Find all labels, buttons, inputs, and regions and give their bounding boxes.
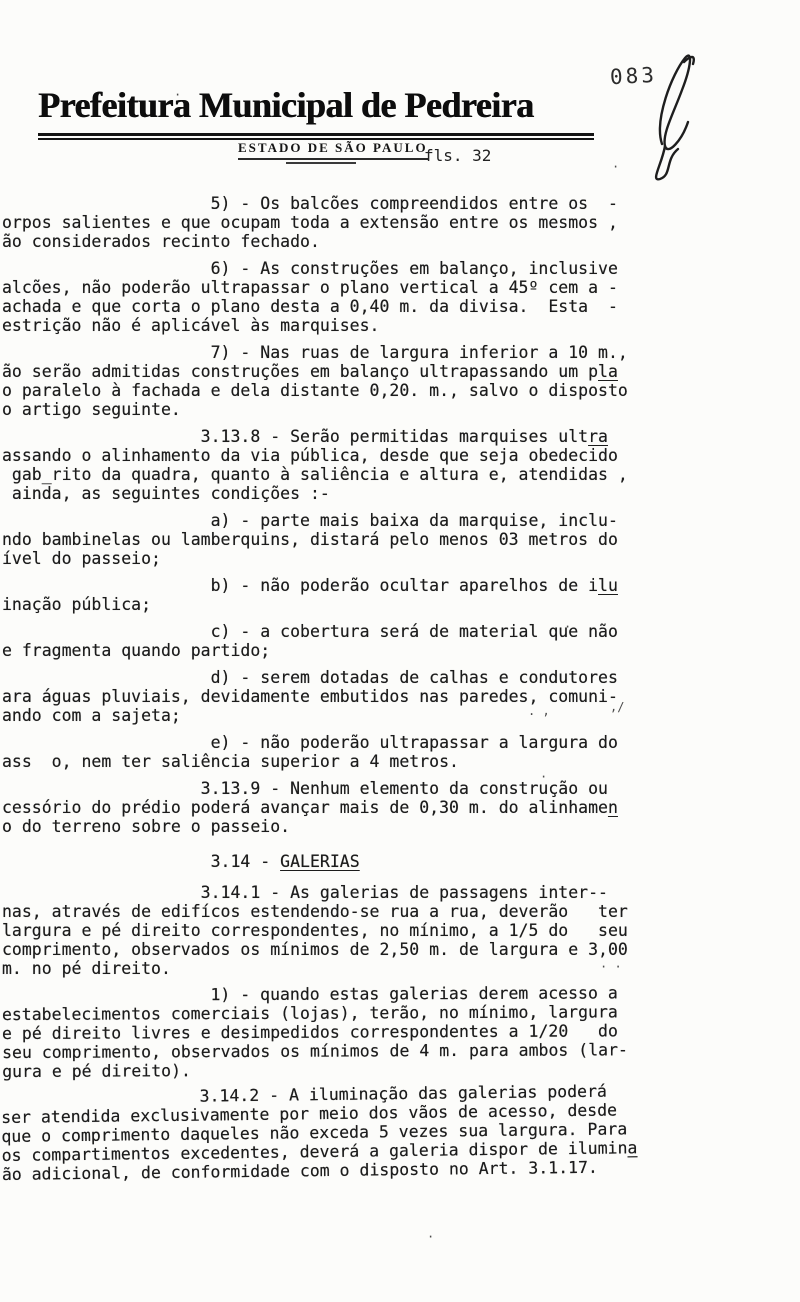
document-paragraph: b) - não poderão ocultar aparelhos de il… [2,576,722,614]
document-paragraph: 3.13.8 - Serão permitidas marquises ultr… [2,427,722,503]
text-line: 6) - As construções em balanço, inclusiv… [2,259,722,278]
text-line: ível do passeio; [2,549,722,568]
text-line: o do terreno sobre o passeio. [2,817,722,836]
text-line: ass o, nem ter saliência superior a 4 me… [2,752,722,771]
text-line: gab_rito da quadra, quanto à saliência e… [2,465,722,484]
text-line: e) - não poderão ultrapassar a largura d… [2,733,722,752]
text-line: ão serão admitidas construções em balanç… [2,362,722,381]
text-line: c) - a cobertura será de material que nã… [2,622,722,641]
document-paragraph: 5) - Os balcões compreendidos entre os -… [2,194,722,251]
text-line: ão considerados recinto fechado. [2,232,722,251]
text-line: 3.13.8 - Serão permitidas marquises ultr… [2,427,722,446]
page-reference: fls. 32 [424,146,491,165]
text-line: cessório do prédio poderá avançar mais d… [2,798,722,817]
document-paragraph: 3.14 - GALERIAS [2,852,722,871]
letterhead-double-rule [38,133,594,140]
document-paragraph: 6) - As construções em balanço, inclusiv… [2,259,722,335]
text-line: e fragmenta quando partido; [2,641,722,660]
text-line: 5) - Os balcões compreendidos entre os - [2,194,722,213]
text-line: o paralelo à fachada e dela distante 0,2… [2,381,722,400]
text-line: comprimento, observados os mínimos de 2,… [2,940,722,959]
scan-speck: · · [600,960,622,974]
document-paragraph: a) - parte mais baixa da marquise, inclu… [2,511,722,568]
document-paragraph: e) - não poderão ultrapassar a largura d… [2,733,722,771]
document-paragraph: 3.14.2 - A iluminação das galerias poder… [1,1080,722,1184]
text-line: estrição não é aplicável às marquises. [2,316,722,335]
text-line: ndo bambinelas ou lamberquins, distará p… [2,530,722,549]
scan-speck: . , [528,704,550,718]
letterhead-title: Prefeitura Municipal de Pedreira [38,84,598,126]
document-paragraph: 3.13.9 - Nenhum elemento da construção o… [2,779,722,836]
text-line: gura e pé direito). [2,1059,722,1081]
scanned-document-page: 083 Prefeitura Municipal de Pedreira EST… [0,0,800,1302]
text-line: a) - parte mais baixa da marquise, inclu… [2,511,722,530]
text-line: 3.14.1 - As galerias de passagens inter-… [2,883,722,902]
text-line: d) - serem dotadas de calhas e condutore… [2,668,722,687]
scan-speck: · [540,770,547,784]
text-line: alcões, não poderão ultrapassar o plano … [2,278,722,297]
document-paragraph: 1) - quando estas galerias derem acesso … [2,983,722,1081]
text-line: 7) - Nas ruas de largura inferior a 10 m… [2,343,722,362]
document-paragraph: c) - a cobertura será de material que nã… [2,622,722,660]
text-line: largura e pé direito correspondentes, no… [2,921,722,940]
text-line: orpos salientes e que ocupam toda a exte… [2,213,722,232]
text-line: inação pública; [2,595,722,614]
document-paragraph: 7) - Nas ruas de largura inferior a 10 m… [2,343,722,419]
text-line: seu comprimento, observados os mínimos d… [2,1040,722,1062]
text-line: ainda, as seguintes condições :- [2,484,722,503]
text-line: achada e que corta o plano desta a 0,40 … [2,297,722,316]
letterhead-subtitle: ESTADO DE SÃO PAULO [238,140,428,160]
scan-speck: · [564,620,571,634]
text-line: nas, através de edifícos estendendo-se r… [2,902,722,921]
text-line: assando o alinhamento da via pública, de… [2,446,722,465]
text-line: 3.13.9 - Nenhum elemento da construção o… [2,779,722,798]
document-body: 5) - Os balcões compreendidos entre os -… [2,194,722,1184]
text-line: b) - não poderão ocultar aparelhos de il… [2,576,722,595]
scan-speck: · [427,1230,434,1244]
letterhead-subtitle-underline [286,162,356,164]
scan-speck: · [612,160,619,174]
text-line: 3.14 - GALERIAS [2,852,722,871]
handwritten-rubric-mark [632,48,728,198]
text-line: o artigo seguinte. [2,400,722,419]
document-paragraph: d) - serem dotadas de calhas e condutore… [2,668,722,725]
scan-speck: · [174,88,181,102]
scan-speck: ,/ [610,700,624,714]
